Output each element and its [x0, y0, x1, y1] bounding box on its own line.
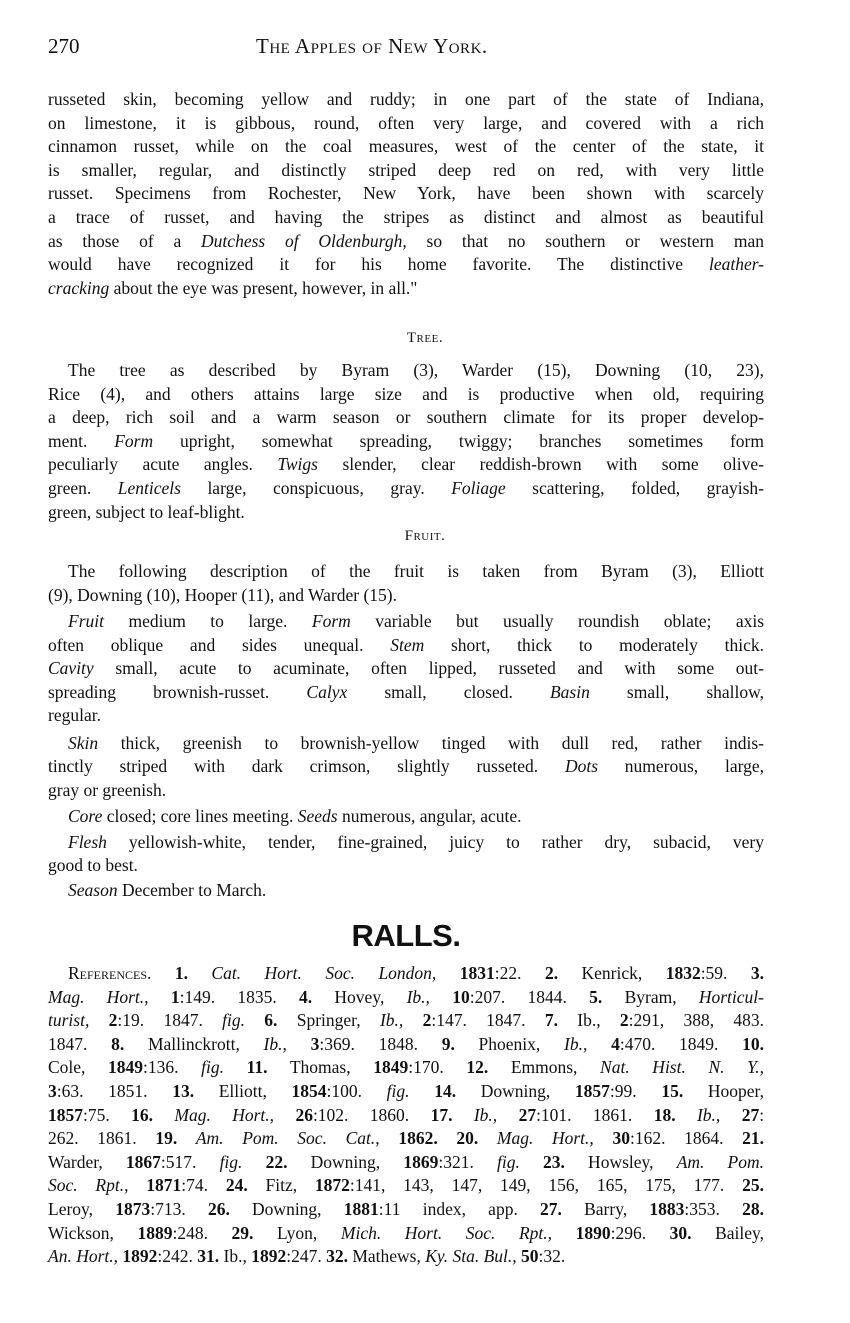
bold-number: 1892: [251, 1246, 286, 1266]
italic-term: Mag. Hort.,: [497, 1128, 594, 1148]
text-line: green, subject to leaf-blight.: [48, 501, 764, 525]
italic-term: fig.: [220, 1152, 243, 1172]
italic-term: Soc. Rpt.,: [48, 1175, 129, 1195]
bold-number: 1849: [108, 1057, 143, 1077]
bold-number: 1857: [48, 1105, 83, 1125]
bold-number: 3: [311, 1034, 320, 1054]
italic-term: fig.: [222, 1010, 245, 1030]
italic-term: Am. Pom.: [677, 1152, 764, 1172]
text-line: a trace of russet, and having the stripe…: [48, 206, 764, 230]
bold-number: 1857: [575, 1081, 610, 1101]
bold-number: 50: [521, 1246, 539, 1266]
bold-number: 1: [171, 987, 180, 1007]
text-line: An. Hort., 1892:242. 31. Ib., 1892:247. …: [48, 1245, 764, 1269]
bold-number: 3: [48, 1081, 57, 1101]
text-line: russeted skin, becoming yellow and ruddy…: [48, 88, 764, 112]
bold-number: 24.: [226, 1175, 248, 1195]
bold-number: 3.: [751, 963, 764, 983]
bold-number: 1832: [666, 963, 701, 983]
bold-number: 1849: [373, 1057, 408, 1077]
italic-term: Cat. Hort. Soc. London,: [211, 963, 436, 983]
bold-number: 1831: [460, 963, 495, 983]
bold-number: 23.: [543, 1152, 565, 1172]
bold-number: 13.: [172, 1081, 194, 1101]
bold-number: 1881: [344, 1199, 379, 1219]
bold-number: 28.: [742, 1199, 764, 1219]
bold-number: 10.: [742, 1034, 764, 1054]
text-line: peculiarly acute angles. Twigs slender, …: [48, 453, 764, 477]
text-line: Rice (4), and others attains large size …: [48, 383, 764, 407]
running-title: The Apples of New York.: [256, 34, 488, 59]
section-heading-tree: Tree.: [0, 330, 850, 347]
text-line: tinctly striped with dark crimson, sligh…: [48, 755, 764, 779]
bold-number: 8.: [111, 1034, 124, 1054]
bold-number: 9.: [442, 1034, 455, 1054]
text-line: Mag. Hort., 1:149. 1835. 4. Hovey, Ib., …: [48, 986, 764, 1010]
text-line: Fruit medium to large. Form variable but…: [68, 610, 764, 634]
text-line: cracking about the eye was present, howe…: [48, 277, 764, 301]
italic-term: fig.: [201, 1057, 224, 1077]
italic-term: Calyx: [306, 682, 347, 702]
text-line: 262. 1861. 19. Am. Pom. Soc. Cat., 1862.…: [48, 1127, 764, 1151]
bold-number: 1862.: [398, 1128, 437, 1148]
bold-number: 1873: [115, 1199, 150, 1219]
text-line: often oblique and sides unequal. Stem sh…: [48, 634, 764, 658]
bold-number: 30.: [670, 1223, 692, 1243]
text-line: The following description of the fruit i…: [68, 560, 764, 584]
bold-number: 26: [295, 1105, 313, 1125]
italic-term: Foliage: [451, 478, 505, 498]
text-line: green. Lenticels large, conspicuous, gra…: [48, 477, 764, 501]
bold-number: 14.: [434, 1081, 456, 1101]
italic-term: Lenticels: [118, 478, 181, 498]
italic-term: Season: [68, 880, 118, 900]
text-line: regular.: [48, 704, 764, 728]
text-line: is smaller, regular, and distinctly stri…: [48, 159, 764, 183]
text-line: Flesh yellowish-white, tender, fine-grai…: [68, 831, 764, 855]
bold-number: 1867: [126, 1152, 161, 1172]
italic-term: Ib.,: [264, 1034, 287, 1054]
italic-term: fig.: [497, 1152, 520, 1172]
bold-number: 7.: [545, 1010, 558, 1030]
italic-term: fig.: [387, 1081, 410, 1101]
italic-term: Horticul-: [699, 987, 764, 1007]
bold-number: 10: [452, 987, 470, 1007]
italic-term: Dutchess of Oldenburgh,: [201, 231, 407, 251]
bold-number: 27.: [540, 1199, 562, 1219]
italic-term: Form: [114, 431, 153, 451]
text-line: Cole, 1849:136. fig. 11. Thomas, 1849:17…: [48, 1056, 764, 1080]
text-line: (9), Downing (10), Hooper (11), and Ward…: [48, 584, 764, 608]
bold-number: 32.: [326, 1246, 348, 1266]
bold-number: 27: [519, 1105, 537, 1125]
text-line: on limestone, it is gibbous, round, ofte…: [48, 112, 764, 136]
italic-term: Fruit: [68, 611, 104, 631]
text-line: would have recognized it for his home fa…: [48, 253, 764, 277]
bold-number: 6.: [264, 1010, 277, 1030]
bold-number: 2.: [545, 963, 558, 983]
bold-number: 26.: [208, 1199, 230, 1219]
bold-number: 2: [109, 1010, 118, 1030]
text-line: turist, 2:19. 1847. fig. 6. Springer, Ib…: [48, 1009, 764, 1033]
bold-number: 25.: [742, 1175, 764, 1195]
italic-term: cracking: [48, 278, 109, 298]
bold-number: 2: [423, 1010, 432, 1030]
italic-term: Nat. Hist. N. Y.,: [600, 1057, 764, 1077]
text-line: cinnamon russet, while on the coal measu…: [48, 135, 764, 159]
bold-number: 1872: [315, 1175, 350, 1195]
text-line: spreading brownish-russet. Calyx small, …: [48, 681, 764, 705]
italic-term: Stem: [390, 635, 424, 655]
bold-number: 17.: [431, 1105, 453, 1125]
text-line: 1847. 8. Mallinckrott, Ib., 3:369. 1848.…: [48, 1033, 764, 1057]
italic-term: Twigs: [277, 454, 318, 474]
italic-term: Ib.,: [474, 1105, 497, 1125]
italic-term: An. Hort.,: [48, 1246, 118, 1266]
italic-term: Mag. Hort.,: [48, 987, 149, 1007]
bold-number: 1869: [403, 1152, 438, 1172]
bold-number: 1.: [175, 963, 188, 983]
italic-term: Skin: [68, 733, 98, 753]
text-line: Soc. Rpt., 1871:74. 24. Fitz, 1872:141, …: [48, 1174, 764, 1198]
bold-number: 1889: [137, 1223, 172, 1243]
bold-number: 30: [612, 1128, 630, 1148]
bold-number: 5.: [589, 987, 602, 1007]
bold-number: 27: [742, 1105, 760, 1125]
text-line: as those of a Dutchess of Oldenburgh, so…: [48, 230, 764, 254]
references-label: References.: [68, 963, 151, 983]
italic-term: Ib.,: [407, 987, 430, 1007]
bold-number: 21.: [742, 1128, 764, 1148]
text-line: ment. Form upright, somewhat spreading, …: [48, 430, 764, 454]
bold-number: 11.: [247, 1057, 268, 1077]
bold-number: 31.: [197, 1246, 219, 1266]
text-line: russet. Specimens from Rochester, New Yo…: [48, 182, 764, 206]
bold-number: 4.: [299, 987, 312, 1007]
section-heading-fruit: Fruit.: [0, 528, 850, 545]
bold-number: 20.: [456, 1128, 478, 1148]
italic-term: Ib.,: [564, 1034, 587, 1054]
italic-term: Flesh: [68, 832, 107, 852]
text-line: Cavity small, acute to acuminate, often …: [48, 657, 764, 681]
bold-number: 22.: [266, 1152, 288, 1172]
book-page: 270 The Apples of New York. russeted ski…: [0, 0, 850, 1323]
running-head: 270 The Apples of New York.: [48, 28, 768, 58]
text-line: Skin thick, greenish to brownish-yellow …: [68, 732, 764, 756]
italic-term: Seeds: [298, 806, 338, 826]
variety-title: RALLS.: [0, 918, 812, 954]
bold-number: 18.: [654, 1105, 676, 1125]
text-line: 1857:75. 16. Mag. Hort., 26:102. 1860. 1…: [48, 1104, 764, 1128]
bold-number: 1871: [146, 1175, 181, 1195]
text-line: The tree as described by Byram (3), Ward…: [68, 359, 764, 383]
bold-number: 1892: [122, 1246, 157, 1266]
italic-term: Cavity: [48, 658, 94, 678]
bold-number: 12.: [466, 1057, 488, 1077]
text-line: Wickson, 1889:248. 29. Lyon, Mich. Hort.…: [48, 1222, 764, 1246]
bold-number: 1854: [292, 1081, 327, 1101]
italic-term: Am. Pom. Soc. Cat.,: [196, 1128, 380, 1148]
bold-number: 19.: [155, 1128, 177, 1148]
italic-term: Form: [312, 611, 351, 631]
bold-number: 1883: [649, 1199, 684, 1219]
italic-term: Dots: [565, 756, 598, 776]
text-line: gray or greenish.: [48, 779, 764, 803]
italic-term: turist,: [48, 1010, 89, 1030]
text-line: Core closed; core lines meeting. Seeds n…: [68, 805, 764, 829]
text-line: Warder, 1867:517. fig. 22. Downing, 1869…: [48, 1151, 764, 1175]
bold-number: 4: [611, 1034, 620, 1054]
bold-number: 29.: [232, 1223, 254, 1243]
bold-number: 16.: [131, 1105, 153, 1125]
text-line: Season December to March.: [68, 879, 764, 903]
italic-term: leather-: [709, 254, 764, 274]
bold-number: 1890: [576, 1223, 611, 1243]
italic-term: Basin: [550, 682, 590, 702]
text-line: References. 1. Cat. Hort. Soc. London, 1…: [68, 962, 764, 986]
italic-term: Ib.,: [697, 1105, 720, 1125]
italic-term: Ky. Sta. Bul.,: [425, 1246, 516, 1266]
text-line: Leroy, 1873:713. 26. Downing, 1881:11 in…: [48, 1198, 764, 1222]
text-line: 3:63. 1851. 13. Elliott, 1854:100. fig. …: [48, 1080, 764, 1104]
italic-term: Mich. Hort. Soc. Rpt.,: [341, 1223, 552, 1243]
bold-number: 2: [620, 1010, 629, 1030]
text-line: a deep, rich soil and a warm season or s…: [48, 406, 764, 430]
page-number: 270: [48, 34, 80, 59]
text-line: good to best.: [48, 854, 764, 878]
italic-term: Ib.,: [380, 1010, 403, 1030]
bold-number: 15.: [661, 1081, 683, 1101]
italic-term: Core: [68, 806, 102, 826]
italic-term: Mag. Hort.,: [174, 1105, 274, 1125]
